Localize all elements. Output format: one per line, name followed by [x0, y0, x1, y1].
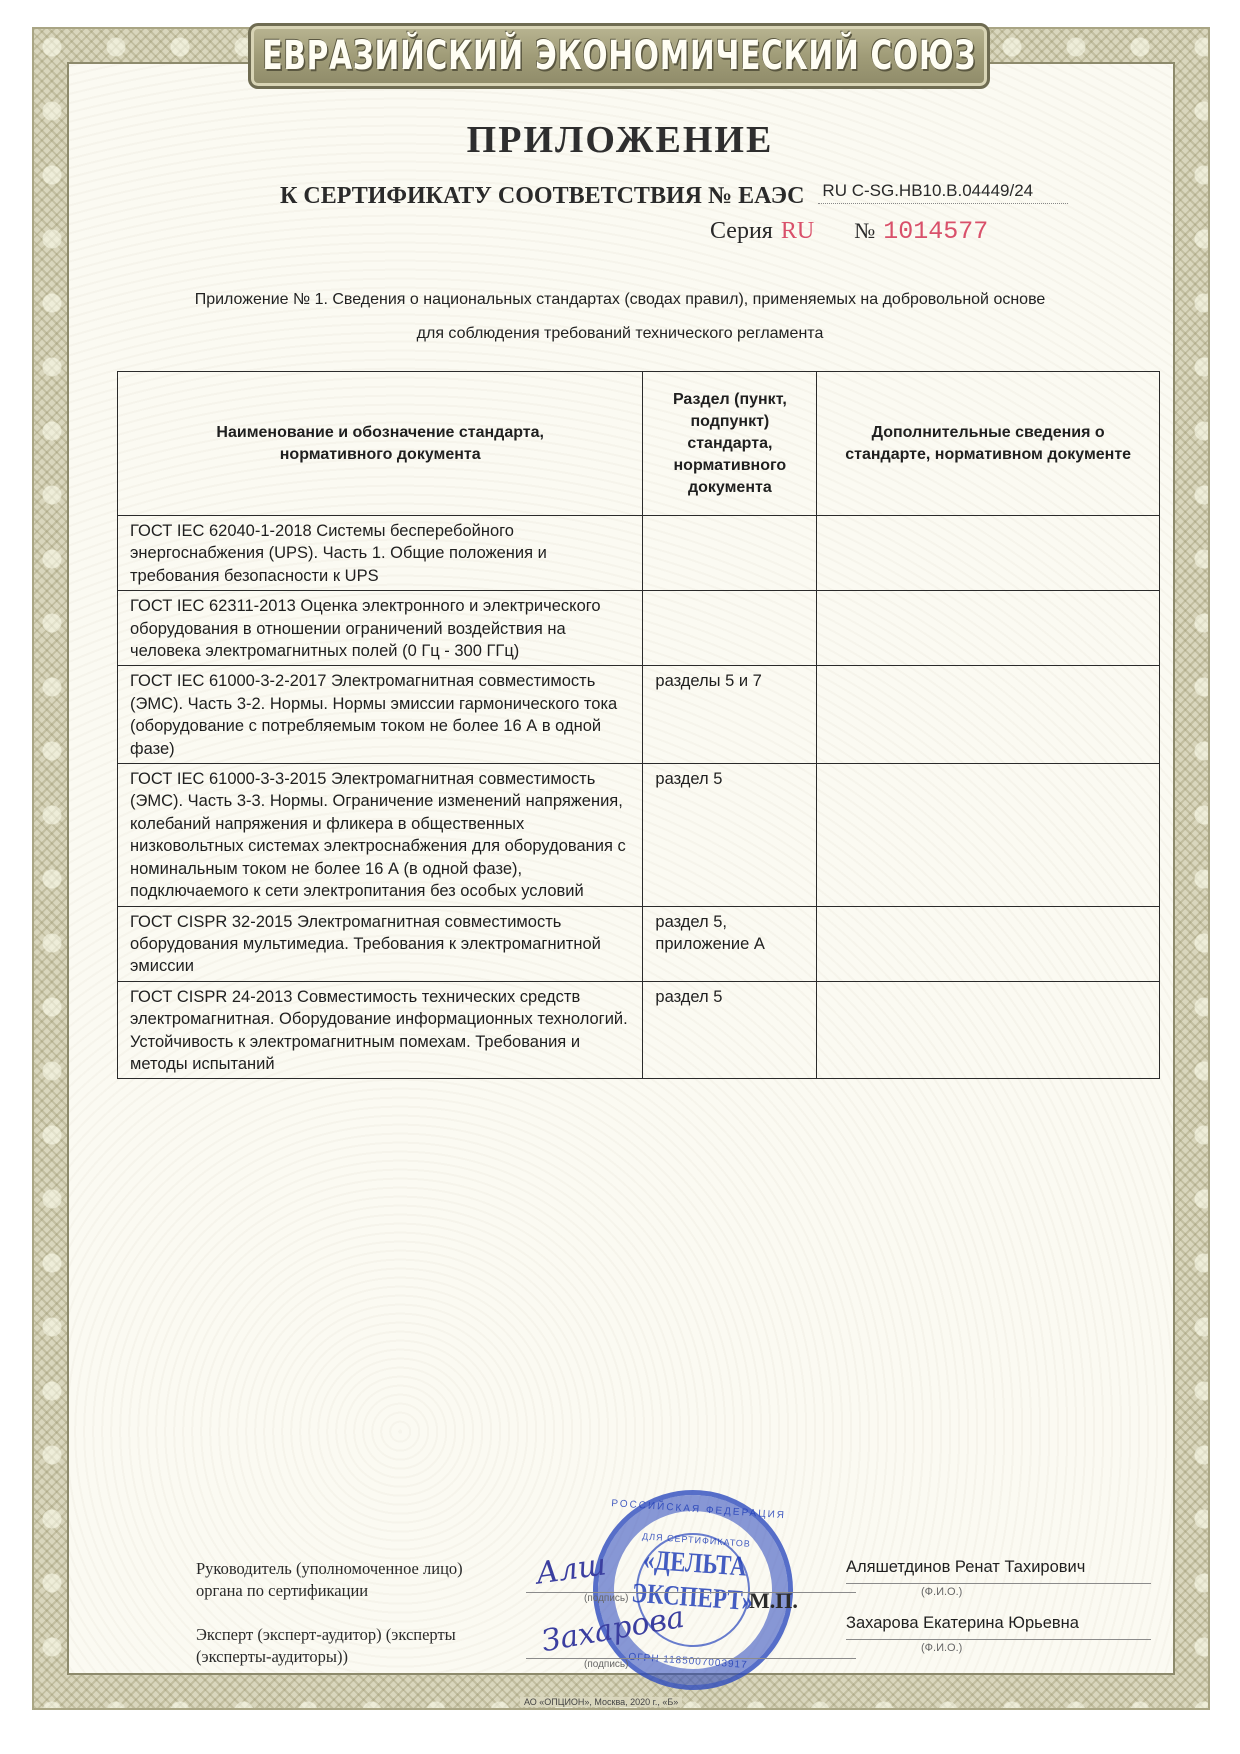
head-signature-line — [526, 1592, 856, 1593]
banner-text: ЕВРАЗИЙСКИЙ ЭКОНОМИЧЕСКИЙ СОЮЗ — [262, 33, 976, 79]
info-cell — [817, 906, 1160, 981]
section-cell: раздел 5, приложение А — [643, 906, 817, 981]
table-row: ГОСТ IEC 61000-3-3-2015 Электромагнитная… — [118, 764, 1160, 906]
head-name: Аляшетдинов Ренат Тахирович — [846, 1558, 1151, 1584]
header-standard: Наименование и обозначение стандарта, но… — [118, 372, 643, 516]
header-info: Дополнительные сведения о стандарте, нор… — [817, 372, 1160, 516]
blank-number: 1014577 — [883, 217, 988, 246]
standard-cell: ГОСТ IEC 61000-3-3-2015 Электромагнитная… — [118, 764, 643, 906]
series-label: Серия — [710, 218, 773, 245]
table-header-row: Наименование и обозначение стандарта, но… — [118, 372, 1160, 516]
seal-place-label: М.П. — [749, 1588, 798, 1614]
section-cell: разделы 5 и 7 — [643, 666, 817, 764]
table-row: ГОСТ IEC 61000-3-2-2017 Электромагнитная… — [118, 666, 1160, 764]
info-cell — [817, 516, 1160, 591]
annex-intro: Приложение № 1. Сведения о национальных … — [110, 283, 1130, 351]
union-banner: ЕВРАЗИЙСКИЙ ЭКОНОМИЧЕСКИЙ СОЮЗ — [248, 23, 990, 89]
number-label: № — [854, 218, 875, 244]
expert-name: Захарова Екатерина Юрьевна — [846, 1614, 1151, 1640]
series-value: RU — [781, 218, 814, 245]
info-cell — [817, 666, 1160, 764]
info-cell — [817, 981, 1160, 1079]
section-cell: раздел 5 — [643, 981, 817, 1079]
series-number: Серия RU № 1014577 — [710, 217, 988, 246]
standards-table: Наименование и обозначение стандарта, но… — [117, 371, 1160, 1079]
table-row: ГОСТ IEC 62040-1-2018 Системы бесперебой… — [118, 516, 1160, 591]
certificate-reference: К СЕРТИФИКАТУ СООТВЕТСТВИЯ № ЕАЭС RU C-S… — [280, 183, 1068, 210]
table-row: ГОСТ CISPR 32-2015 Электромагнитная совм… — [118, 906, 1160, 981]
info-cell — [817, 764, 1160, 906]
certificate-number: RU C-SG.HB10.B.04449/24 — [818, 181, 1068, 204]
fio-caption: (Ф.И.О.) — [921, 1642, 962, 1654]
annex-intro-line-1: Приложение № 1. Сведения о национальных … — [110, 283, 1130, 317]
section-cell — [643, 591, 817, 666]
expert-signature-line — [526, 1658, 856, 1659]
standard-cell: ГОСТ IEC 61000-3-2-2017 Электромагнитная… — [118, 666, 643, 764]
certificate-label: К СЕРТИФИКАТУ СООТВЕТСТВИЯ № ЕАЭС — [280, 183, 804, 210]
header-section: Раздел (пункт, подпункт) стандарта, норм… — [643, 372, 817, 516]
signature-caption: (подпись) — [584, 1659, 628, 1670]
standard-cell: ГОСТ CISPR 24-2013 Совместимость техниче… — [118, 981, 643, 1079]
page-title: ПРИЛОЖЕНИЕ — [0, 118, 1240, 162]
fio-caption: (Ф.И.О.) — [921, 1586, 962, 1598]
head-role-label: Руководитель (уполномоченное лицо) орган… — [196, 1558, 486, 1602]
info-cell — [817, 591, 1160, 666]
standard-cell: ГОСТ IEC 62040-1-2018 Системы бесперебой… — [118, 516, 643, 591]
standard-cell: ГОСТ CISPR 32-2015 Электромагнитная совм… — [118, 906, 643, 981]
table-row: ГОСТ CISPR 24-2013 Совместимость техниче… — [118, 981, 1160, 1079]
expert-role-label: Эксперт (эксперт-аудитор) (эксперты (экс… — [196, 1624, 486, 1668]
table-row: ГОСТ IEC 62311-2013 Оценка электронного … — [118, 591, 1160, 666]
section-cell: раздел 5 — [643, 764, 817, 906]
signature-caption: (подпись) — [584, 1593, 628, 1604]
standard-cell: ГОСТ IEC 62311-2013 Оценка электронного … — [118, 591, 643, 666]
annex-intro-line-2: для соблюдения требований технического р… — [110, 317, 1130, 351]
printer-mark: АО «ОПЦИОН», Москва, 2020 г., «Б» — [520, 1697, 682, 1707]
section-cell — [643, 516, 817, 591]
